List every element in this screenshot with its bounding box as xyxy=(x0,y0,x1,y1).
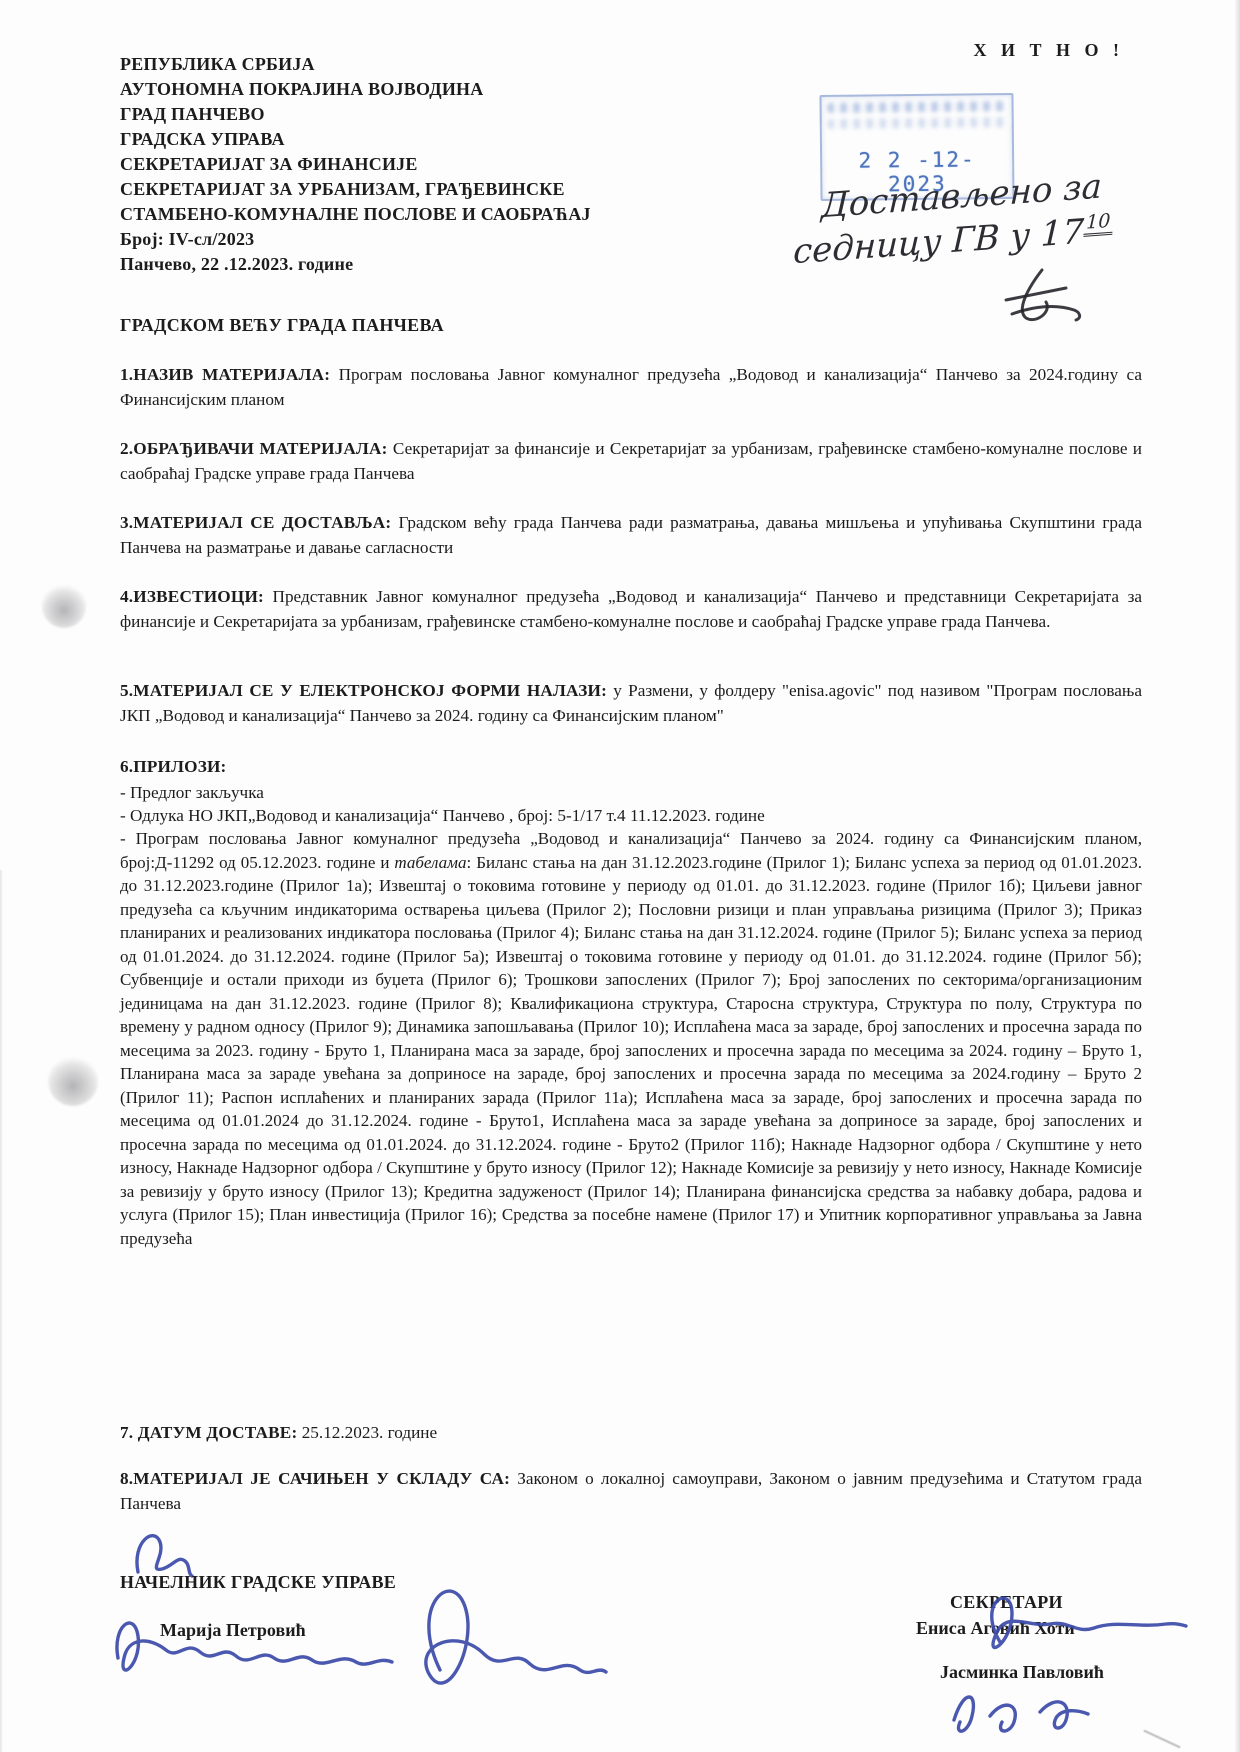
attachment-item-3: - Програм пословања Јавног комуналног пр… xyxy=(120,827,1142,1250)
section-5: 5.МАТЕРИЈАЛ СЕ У ЕЛЕКТРОНСКОЈ ФОРМИ НАЛА… xyxy=(120,678,1142,728)
section-4-label: 4.ИЗВЕСТИОЦИ: xyxy=(120,587,264,606)
right-signature-ink-2 xyxy=(932,1676,1122,1738)
section-2: 2.ОБРАЂИВАЧИ МАТЕРИЈАЛА: Секретаријат за… xyxy=(120,436,1142,486)
letterhead-line: ГРАД ПАНЧЕВО xyxy=(120,102,760,127)
handwritten-initial-scribble xyxy=(1000,266,1090,330)
stamp-faded-text xyxy=(828,101,1006,113)
letterhead-line: СЕКРЕТАРИЈАТ ЗА УРБАНИЗАМ, ГРАЂЕВИНСКЕ xyxy=(120,177,760,202)
attachment-item-1: - Предлог закључка xyxy=(120,781,1142,804)
section-5-label: 5.МАТЕРИЈАЛ СЕ У ЕЛЕКТРОНСКОЈ ФОРМИ НАЛА… xyxy=(120,681,607,700)
letterhead-line: ГРАДСКА УПРАВА xyxy=(120,127,760,152)
scan-edge xyxy=(0,870,3,1752)
recipient-line: ГРАДСКОМ ВЕЋУ ГРАДА ПАНЧЕВА xyxy=(120,315,444,336)
section-7: 7. ДАТУМ ДОСТАВЕ: 25.12.2023. године xyxy=(120,1420,1142,1445)
document-number: Број: IV-сл/2023 xyxy=(120,227,760,252)
handwritten-superscript: 10 xyxy=(1084,210,1113,237)
scan-smudge xyxy=(48,1056,98,1106)
attachments-heading: 6.ПРИЛОЗИ: xyxy=(120,757,226,776)
section-4: 4.ИЗВЕСТИОЦИ: Представник Јавног комунал… xyxy=(120,584,1142,634)
document-date-place: Панчево, 22 .12.2023. године xyxy=(120,252,760,277)
letterhead-line: АУТОНОМНА ПОКРАЈИНА ВОЈВОДИНА xyxy=(120,77,760,102)
section-8: 8.МАТЕРИЈАЛ ЈЕ САЧИЊЕН У СКЛАДУ СА: Зако… xyxy=(120,1466,1142,1516)
urgent-label: Х И Т Н О ! xyxy=(973,40,1124,61)
section-7-text: 25.12.2023. године xyxy=(302,1423,437,1442)
section-4-text: Представник Јавног комуналног предузећа … xyxy=(120,587,1142,631)
section-6-label: 6.ПРИЛОЗИ: xyxy=(120,754,1142,779)
scan-mark xyxy=(1143,1730,1180,1749)
left-signature-ink xyxy=(110,1578,610,1718)
letterhead-line: РЕПУБЛИКА СРБИЈА xyxy=(120,52,760,77)
section-8-label: 8.МАТЕРИЈАЛ ЈЕ САЧИЊЕН У СКЛАДУ СА: xyxy=(120,1469,510,1488)
section-3-label: 3.МАТЕРИЈАЛ СЕ ДОСТАВЉА: xyxy=(120,513,391,532)
stamp-faded-text xyxy=(828,117,1006,129)
section-1: 1.НАЗИВ МАТЕРИЈАЛА: Програм пословања Ја… xyxy=(120,362,1142,412)
section-7-label: 7. ДАТУМ ДОСТАВЕ: xyxy=(120,1423,297,1442)
right-signature-ink-1 xyxy=(960,1580,1190,1670)
letterhead: РЕПУБЛИКА СРБИЈА АУТОНОМНА ПОКРАЈИНА ВОЈ… xyxy=(120,52,760,277)
letterhead-line: СТАМБЕНО-КОМУНАЛНЕ ПОСЛОВЕ И САОБРАЋАЈ xyxy=(120,202,760,227)
scan-smudge xyxy=(42,584,86,628)
section-2-label: 2.ОБРАЂИВАЧИ МАТЕРИЈАЛА: xyxy=(120,439,388,458)
section-3: 3.МАТЕРИЈАЛ СЕ ДОСТАВЉА: Градском већу г… xyxy=(120,510,1142,560)
attachment-item-2: - Одлука НО ЈКП„Водовод и канализација“ … xyxy=(120,804,1142,827)
letterhead-line: СЕКРЕТАРИЈАТ ЗА ФИНАНСИЈЕ xyxy=(120,152,760,177)
attachment-item-3-italic: табелама xyxy=(394,853,466,872)
scan-edge xyxy=(1234,0,1240,1752)
attachment-item-3-text: : Биланс стања на дан 31.12.2023.године … xyxy=(120,853,1142,1248)
section-1-label: 1.НАЗИВ МАТЕРИЈАЛА: xyxy=(120,365,330,384)
document-page: РЕПУБЛИКА СРБИЈА АУТОНОМНА ПОКРАЈИНА ВОЈ… xyxy=(0,0,1240,1752)
